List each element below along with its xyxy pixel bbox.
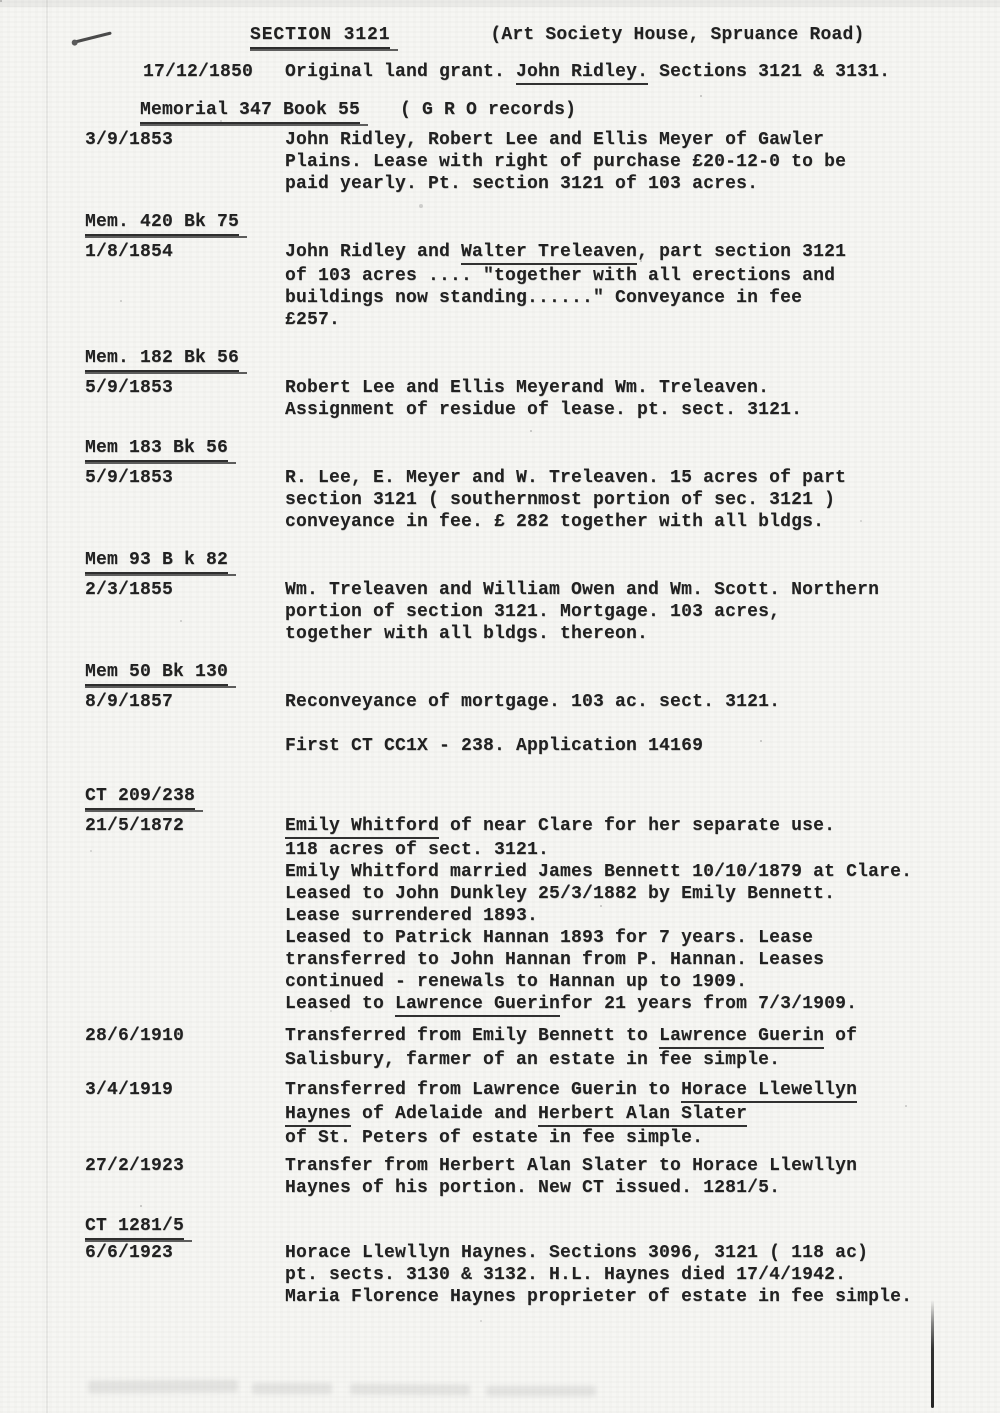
text-segment: of Adelaide and — [351, 1104, 538, 1124]
record-line: buildings now standing......" Conveyance… — [285, 287, 846, 309]
underlined-name: Emily Whitford — [285, 815, 439, 839]
record-line: Assignment of residue of lease. pt. sect… — [285, 399, 802, 421]
record-date: 8/9/1857 — [85, 691, 285, 757]
record-line: Leased to Lawrence Guerin for 21 years f… — [285, 993, 912, 1017]
section-heading: Mem 50 Bk 130 — [85, 661, 228, 686]
text-segment: First CT CC1X - 238. Application 14169 — [285, 736, 703, 756]
record-body: John Ridley, Robert Lee and Ellis Meyer … — [285, 129, 846, 195]
section-heading: Memorial 347 Book 55 — [140, 99, 360, 124]
record-line: Haynes of his portion. New CT issued. 12… — [285, 1177, 857, 1199]
text-segment: of — [824, 1026, 857, 1046]
record-line — [285, 713, 780, 735]
section-heading: CT 1281/5 — [85, 1215, 184, 1240]
section-heading: Mem. 420 Bk 75 — [85, 211, 239, 236]
text-segment: pt. sects. 3130 & 3132. H.L. Haynes died… — [285, 1265, 846, 1285]
text-segment: Maria Florence Haynes proprieter of esta… — [285, 1287, 912, 1307]
document-header: SECTION 3121 (Art Society House, Spruanc… — [85, 24, 940, 49]
text-segment: Plains. Lease with right of purchase £20… — [285, 152, 846, 172]
record-line: Transferred from Emily Bennett to Lawren… — [285, 1025, 857, 1049]
record-date: 17/12/1850 — [85, 61, 285, 85]
section-heading-row: Mem 93 B k 82 — [85, 549, 940, 574]
text-segment: Reconveyance of mortgage. 103 ac. sect. … — [285, 692, 780, 712]
text-segment: John Ridley, Robert Lee and Ellis Meyer … — [285, 130, 824, 150]
text-segment: Transferred from Emily Bennett to — [285, 1026, 659, 1046]
text-segment: paid yearly. Pt. section 3121 of 103 acr… — [285, 174, 758, 194]
underlined-name: Walter Treleaven — [461, 241, 637, 265]
record-row: 17/12/1850Original land grant. John Ridl… — [85, 61, 940, 85]
record-date: 2/3/1855 — [85, 579, 285, 645]
ghost-text-artifact — [486, 1386, 596, 1396]
text-segment: buildings now standing......" Conveyance… — [285, 288, 802, 308]
text-segment: Assignment of residue of lease. pt. sect… — [285, 400, 802, 420]
text-segment: for 21 years from 7/3/1909. — [560, 994, 857, 1014]
section-heading: CT 209/238 — [85, 785, 195, 810]
text-segment: 118 acres of sect. 3121. — [285, 840, 549, 860]
text-segment: together with all bldgs. thereon. — [285, 624, 648, 644]
record-row: 2/3/1855Wm. Treleaven and William Owen a… — [85, 579, 940, 645]
text-segment: Sections 3121 & 3131. — [648, 62, 890, 82]
text-segment: Robert Lee and Ellis Meyerand Wm. Trelea… — [285, 378, 769, 398]
record-body: John Ridley and Walter Treleaven, part s… — [285, 241, 846, 331]
text-segment: Horace Llewllyn Haynes. Sections 3096, 3… — [285, 1243, 868, 1263]
text-segment: continued - renewals to Hannan up to 190… — [285, 972, 747, 992]
text-segment: Salisbury, farmer of an estate in fee si… — [285, 1050, 780, 1070]
record-date: 5/9/1853 — [85, 467, 285, 533]
ghost-text-artifact — [252, 1383, 332, 1394]
record-row: 3/4/1919Transferred from Lawrence Guerin… — [85, 1079, 940, 1149]
record-line: continued - renewals to Hannan up to 190… — [285, 971, 912, 993]
record-line: John Ridley, Robert Lee and Ellis Meyer … — [285, 129, 846, 151]
record-line: Reconveyance of mortgage. 103 ac. sect. … — [285, 691, 780, 713]
section-heading: Mem 93 B k 82 — [85, 549, 228, 574]
page-subtitle: (Art Society House, Spruance Road) — [490, 24, 864, 49]
record-line: section 3121 ( southernmost portion of s… — [285, 489, 846, 511]
text-segment: £257. — [285, 310, 340, 330]
record-row: 8/9/1857Reconveyance of mortgage. 103 ac… — [85, 691, 940, 757]
record-date: 3/9/1853 — [85, 129, 285, 195]
heading-suffix: ( G R O records) — [400, 100, 576, 120]
record-line: John Ridley and Walter Treleaven, part s… — [285, 241, 846, 265]
underlined-name: Horace Llewellyn — [681, 1079, 857, 1103]
record-line: R. Lee, E. Meyer and W. Treleaven. 15 ac… — [285, 467, 846, 489]
entries: 17/12/1850Original land grant. John Ridl… — [85, 61, 940, 1308]
record-row: 27/2/1923Transfer from Herbert Alan Slat… — [85, 1155, 940, 1199]
record-line: transferred to John Hannan from P. Hanna… — [285, 949, 912, 971]
text-segment: conveyance in fee. £ 282 together with a… — [285, 512, 824, 532]
record-date: 27/2/1923 — [85, 1155, 285, 1199]
record-line: Maria Florence Haynes proprieter of esta… — [285, 1286, 912, 1308]
record-line: Wm. Treleaven and William Owen and Wm. S… — [285, 579, 879, 601]
text-segment: Haynes of his portion. New CT issued. 12… — [285, 1178, 780, 1198]
record-line: Transfer from Herbert Alan Slater to Hor… — [285, 1155, 857, 1177]
section-heading-row: CT 209/238 — [85, 785, 940, 810]
underlined-name: John Ridley. — [516, 61, 648, 85]
record-date: 28/6/1910 — [85, 1025, 285, 1071]
underlined-name: Lawrence Guerin — [395, 993, 560, 1017]
record-line: Emily Whitford married James Bennett 10/… — [285, 861, 912, 883]
record-row: 28/6/1910Transferred from Emily Bennett … — [85, 1025, 940, 1071]
underlined-name: Herbert Alan Slater — [538, 1103, 747, 1127]
record-line: Horace Llewllyn Haynes. Sections 3096, 3… — [285, 1242, 912, 1264]
record-line: Salisbury, farmer of an estate in fee si… — [285, 1049, 857, 1071]
text-segment: section 3121 ( southernmost portion of s… — [285, 490, 835, 510]
record-row: 21/5/1872Emily Whitford of near Clare fo… — [85, 815, 940, 1017]
section-heading-row: CT 1281/5 — [85, 1215, 940, 1240]
record-body: Transfer from Herbert Alan Slater to Hor… — [285, 1155, 857, 1199]
ghost-text-artifact — [88, 1379, 238, 1393]
section-heading-row: Mem 50 Bk 130 — [85, 661, 940, 686]
record-line: portion of section 3121. Mortgage. 103 a… — [285, 601, 879, 623]
record-line: Original land grant. John Ridley. Sectio… — [285, 61, 890, 85]
record-date: 5/9/1853 — [85, 377, 285, 421]
record-line: Leased to Patrick Hannan 1893 for 7 year… — [285, 927, 912, 949]
record-body: Emily Whitford of near Clare for her sep… — [285, 815, 912, 1017]
record-row: 5/9/1853R. Lee, E. Meyer and W. Treleave… — [85, 467, 940, 533]
record-row: 1/8/1854John Ridley and Walter Treleaven… — [85, 241, 940, 331]
text-segment: of near Clare for her separate use. — [439, 816, 835, 836]
section-heading-row: Mem. 420 Bk 75 — [85, 211, 940, 236]
text-segment: transferred to John Hannan from P. Hanna… — [285, 950, 824, 970]
record-body: Horace Llewllyn Haynes. Sections 3096, 3… — [285, 1242, 912, 1308]
record-row: 6/6/1923Horace Llewllyn Haynes. Sections… — [85, 1242, 940, 1308]
section-heading-row: Memorial 347 Book 55( G R O records) — [85, 99, 940, 124]
record-body: Reconveyance of mortgage. 103 ac. sect. … — [285, 691, 780, 757]
record-line: £257. — [285, 309, 846, 331]
section-heading: Mem 183 Bk 56 — [85, 437, 228, 462]
record-line: First CT CC1X - 238. Application 14169 — [285, 735, 780, 757]
record-line: Emily Whitford of near Clare for her sep… — [285, 815, 912, 839]
text-segment: R. Lee, E. Meyer and W. Treleaven. 15 ac… — [285, 468, 846, 488]
section-heading: Mem. 182 Bk 56 — [85, 347, 239, 372]
page-title: SECTION 3121 — [250, 24, 390, 49]
record-line: pt. sects. 3130 & 3132. H.L. Haynes died… — [285, 1264, 912, 1286]
record-body: Original land grant. John Ridley. Sectio… — [285, 61, 890, 85]
record-line: conveyance in fee. £ 282 together with a… — [285, 511, 846, 533]
text-segment: of 103 acres .... "together with all ere… — [285, 266, 835, 286]
text-segment: Original land grant. — [285, 62, 516, 82]
text-segment: Lease surrendered 1893. — [285, 906, 538, 926]
record-body: Wm. Treleaven and William Owen and Wm. S… — [285, 579, 879, 645]
record-line: Robert Lee and Ellis Meyerand Wm. Trelea… — [285, 377, 802, 399]
record-date: 1/8/1854 — [85, 241, 285, 331]
scan-right-line-artifact — [931, 1300, 934, 1408]
text-segment: Leased to Patrick Hannan 1893 for 7 year… — [285, 928, 813, 948]
record-line: paid yearly. Pt. section 3121 of 103 acr… — [285, 173, 846, 195]
record-row: 3/9/1853John Ridley, Robert Lee and Elli… — [85, 129, 940, 195]
record-body: Robert Lee and Ellis Meyerand Wm. Trelea… — [285, 377, 802, 421]
record-line: 118 acres of sect. 3121. — [285, 839, 912, 861]
section-heading-row: Mem. 182 Bk 56 — [85, 347, 940, 372]
underlined-name: Haynes — [285, 1103, 351, 1127]
text-segment: Wm. Treleaven and William Owen and Wm. S… — [285, 580, 879, 600]
section-heading-row: Mem 183 Bk 56 — [85, 437, 940, 462]
record-body: Transferred from Lawrence Guerin to Hora… — [285, 1079, 857, 1149]
text-segment: of St. Peters of estate in fee simple. — [285, 1128, 703, 1148]
record-line: Plains. Lease with right of purchase £20… — [285, 151, 846, 173]
text-segment: Leased to — [285, 994, 395, 1014]
record-line: Transferred from Lawrence Guerin to Hora… — [285, 1079, 857, 1103]
text-segment: portion of section 3121. Mortgage. 103 a… — [285, 602, 780, 622]
record-row: 5/9/1853Robert Lee and Ellis Meyerand Wm… — [85, 377, 940, 421]
record-date: 21/5/1872 — [85, 815, 285, 1017]
record-line: Lease surrendered 1893. — [285, 905, 912, 927]
record-line: of 103 acres .... "together with all ere… — [285, 265, 846, 287]
document-page: SECTION 3121 (Art Society House, Spruanc… — [0, 0, 1000, 1308]
record-line: Leased to John Dunkley 25/3/1882 by Emil… — [285, 883, 912, 905]
record-date: 6/6/1923 — [85, 1242, 285, 1308]
text-segment: Emily Whitford married James Bennett 10/… — [285, 862, 912, 882]
record-line: of St. Peters of estate in fee simple. — [285, 1127, 857, 1149]
ghost-text-artifact — [350, 1383, 470, 1395]
text-segment: Leased to John Dunkley 25/3/1882 by Emil… — [285, 884, 835, 904]
record-line: Haynes of Adelaide and Herbert Alan Slat… — [285, 1103, 857, 1127]
record-date: 3/4/1919 — [85, 1079, 285, 1149]
text-segment: John Ridley and — [285, 242, 461, 262]
record-body: R. Lee, E. Meyer and W. Treleaven. 15 ac… — [285, 467, 846, 533]
text-segment: Transfer from Herbert Alan Slater to Hor… — [285, 1156, 857, 1176]
text-segment: Transferred from Lawrence Guerin to — [285, 1080, 681, 1100]
record-line: together with all bldgs. thereon. — [285, 623, 879, 645]
text-segment: , part section 3121 — [637, 242, 846, 262]
record-body: Transferred from Emily Bennett to Lawren… — [285, 1025, 857, 1071]
underlined-name: Lawrence Guerin — [659, 1025, 824, 1049]
